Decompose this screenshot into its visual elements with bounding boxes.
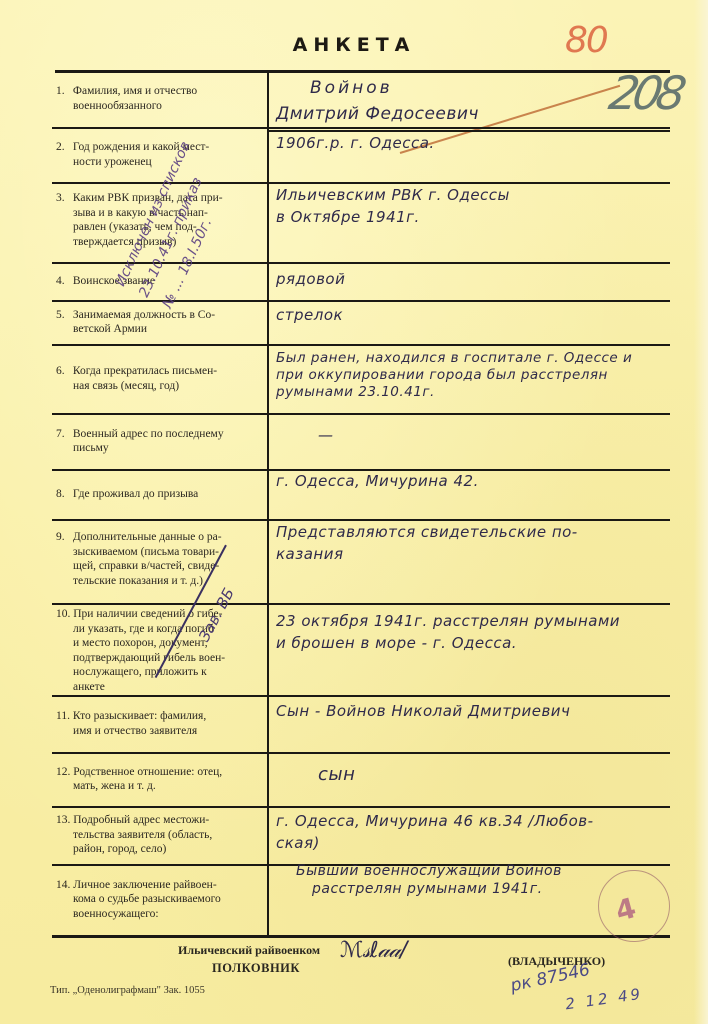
field-number: 11. [56,709,70,724]
field-label-line: военносужащего: [56,907,262,922]
answer-line: румынами 23.10.41г. [276,384,632,401]
field-answer: Бывший военнослужащий Войноврасстрелян р… [296,862,562,898]
field-label-line: Фамилия, имя и отчество [73,85,197,97]
field-label-line: имя и отчество заявителя [56,724,262,739]
field-label: 14. Личное заключение райвоен-кома о суд… [56,878,262,922]
answer-line: и брошен в море - г. Одесса. [276,632,620,654]
field-number: 8. [56,487,70,502]
field-number: 3. [56,191,70,206]
answer-line: 23 октября 1941г. расстрелян румынами [276,610,620,632]
row-divider [52,127,670,129]
field-label: 5. Занимаемая должность в Со-ветской Арм… [56,308,262,337]
field-answer: рядовой [276,268,345,290]
field-label-line: Подробный адрес местожи- [73,814,209,826]
answer-line: в Октябре 1941г. [276,206,510,228]
field-answer: Сын - Войнов Николай Дмитриевич [276,700,570,722]
field-label-line: район, город, село) [56,842,262,857]
row-divider [52,413,670,415]
field-answer: Был ранен, находился в госпитале г. Одес… [276,350,632,401]
field-label-line: тельства заявителя (область, [56,828,262,843]
paper-edge [694,0,708,1024]
field-answer: 23 октября 1941г. расстрелян румынамии б… [276,610,620,654]
row-divider [52,300,670,302]
field-number: 12. [56,765,70,780]
field-label: 6. Когда прекратилась письмен-ная связь … [56,364,262,393]
answer-line: Дмитрий Федосеевич [276,101,479,127]
field-answer: стрелок [276,304,343,326]
field-number: 13. [56,813,70,828]
answer-line: сын [318,764,355,786]
field-number: 7. [56,427,70,442]
signatory-rank: ПОЛКОВНИК [212,961,300,976]
field-label-line: мать, жена и т. д. [56,779,262,794]
field-label-line: подтверждающий гибель воен- [56,651,262,666]
answer-line: Был ранен, находился в госпитале г. Одес… [276,350,632,367]
row-divider [52,806,670,808]
field-number: 4. [56,274,70,289]
field-answer: г. Одесса, Мичурина 46 кв.34 /Любов-ская… [276,810,594,854]
field-label: 9. Дополнительные данные о ра-зыскиваемо… [56,530,262,588]
answer-line: — [318,424,334,446]
field-answer: сын [318,764,355,786]
field-answer: Ильичевским РВК г. Одессыв Октябре 1941г… [276,184,510,228]
signatory-organization: Ильичевский райвоенком [178,943,320,958]
answer-line: Бывший военнослужащий Войнов [296,862,562,880]
field-answer: ВойновДмитрий Федосеевич [276,75,479,127]
answer-line: Представляются свидетельские по- [276,521,578,543]
field-label-line: Кто разыскивает: фамилия, [73,710,206,722]
field-number: 9. [56,530,70,545]
field-label: 11. Кто разыскивает: фамилия,имя и отчес… [56,709,262,738]
answer-line: Сын - Войнов Николай Дмитриевич [276,700,570,722]
answer-line: рядовой [276,268,345,290]
field-number: 14. [56,878,70,893]
answer-line: казания [276,543,578,565]
field-label-line: ветской Армии [56,322,262,337]
field-number: 1. [56,84,70,99]
field-label-line: ли указать, где и когда погиб [56,622,262,637]
field-label-line: военнообязанного [56,99,262,114]
row-divider [52,344,670,346]
field-number: 10. [56,607,70,622]
field-label-line: кома о судьбе разыскиваемого [56,892,262,907]
field-label-line: Занимаемая должность в Со- [73,309,215,321]
row-divider [52,603,670,605]
field-number: 6. [56,364,70,379]
row-divider [55,70,670,73]
field-label-line: щей, справки в/частей, свиде- [56,559,262,574]
field-label: 12. Родственное отношение: отец,мать, же… [56,765,262,794]
field-label: 10. При наличии сведений о гибе-ли указа… [56,607,262,694]
field-label: 1. Фамилия, имя и отчествовоеннообязанно… [56,84,262,113]
field-label-line: анкете [56,680,262,695]
field-label: 7. Военный адрес по последнемуписьму [56,427,262,456]
answer-line: Войнов [276,75,479,101]
field-number: 5. [56,308,70,323]
row-divider [52,752,670,754]
field-label-line: зыскиваемом (письма товари- [56,545,262,560]
printer-imprint: Тип. „Оденолиграфмаш" Зак. 1055 [50,985,205,996]
field-answer: 1906г.р. г. Одесса. [276,132,435,154]
answer-line: при оккупировании города был расстрелян [276,367,632,384]
field-answer: — [318,424,334,446]
field-label-line: ная связь (месяц, год) [56,379,262,394]
field-label-line: Дополнительные данные о ра- [73,531,222,543]
field-label-line: Когда прекратилась письмен- [73,365,217,377]
field-label-line: тельские показания и т. д.) [56,574,262,589]
field-answer: Представляются свидетельские по-казания [276,521,578,565]
field-label: 13. Подробный адрес местожи-тельства зая… [56,813,262,857]
answer-line: г. Одесса, Мичурина 46 кв.34 /Любов- [276,810,594,832]
field-label-line: Где проживал до призыва [73,488,198,500]
field-label-line: и место похорон, документ, [56,636,262,651]
red-page-number: 80 [565,20,607,61]
grey-page-number: 208 [605,66,684,120]
field-label: 8. Где проживал до призыва [56,487,262,502]
field-number: 2. [56,140,70,155]
row-divider [52,695,670,697]
signature: ℳ𝓈ℓ𝒶𝒶/ [340,938,406,963]
field-label-line: Личное заключение райвоен- [73,879,216,891]
answer-line: стрелок [276,304,343,326]
answer-line: 1906г.р. г. Одесса. [276,132,435,154]
field-label-line: письму [56,441,262,456]
field-label-line: Родственное отношение: отец, [73,766,222,778]
field-label-line: При наличии сведений о гибе- [73,608,222,620]
answer-line: ская) [276,832,594,854]
column-divider [267,70,269,935]
answer-line: расстрелян румынами 1941г. [296,880,562,898]
answer-line: г. Одесса, Мичурина 42. [276,470,479,492]
answer-line: Ильичевским РВК г. Одессы [276,184,510,206]
field-answer: г. Одесса, Мичурина 42. [276,470,479,492]
field-label-line: Военный адрес по последнему [73,428,224,440]
